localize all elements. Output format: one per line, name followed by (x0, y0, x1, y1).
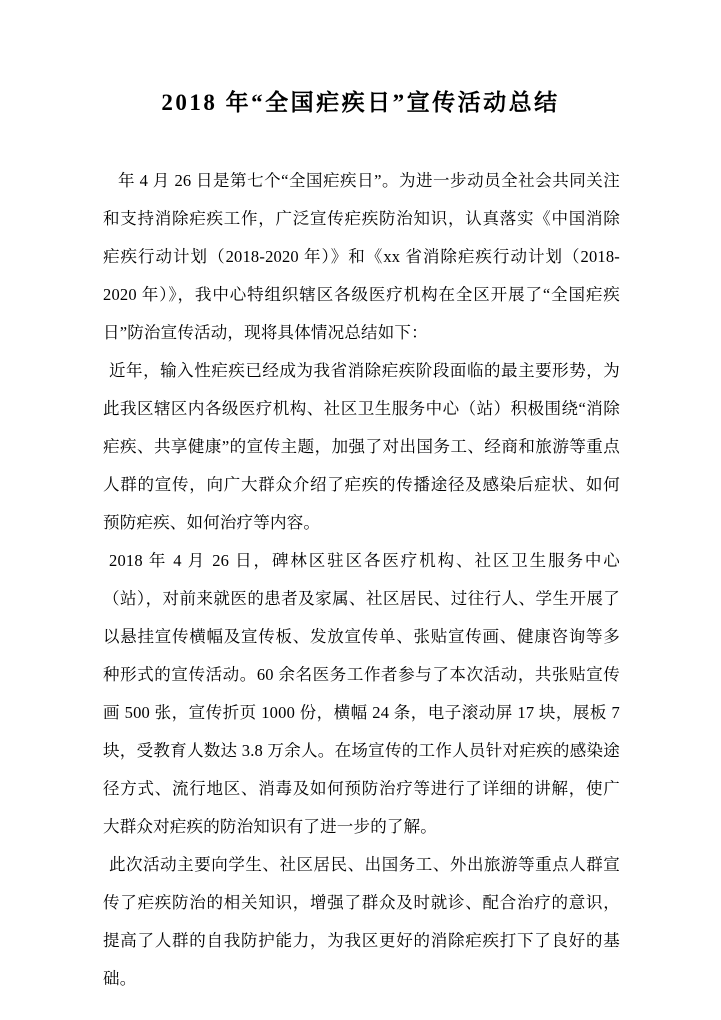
document-body: 年 4 月 26 日是第七个“全国疟疾日”。为进一步动员全社会共同关注和支持消除… (103, 162, 620, 998)
paragraph-intro: 年 4 月 26 日是第七个“全国疟疾日”。为进一步动员全社会共同关注和支持消除… (103, 162, 620, 352)
paragraph-background: 近年，输入性疟疾已经成为我省消除疟疾阶段面临的最主要形势，为此我区辖区内各级医疗… (103, 352, 620, 542)
paragraph-conclusion: 此次活动主要向学生、社区居民、出国务工、外出旅游等重点人群宣传了疟疾防治的相关知… (103, 846, 620, 998)
document-page: 2018 年“全国疟疾日”宣传活动总结 年 4 月 26 日是第七个“全国疟疾日… (0, 0, 721, 1020)
paragraph-activity-details: 2018 年 4 月 26 日，碑林区驻区各医疗机构、社区卫生服务中心（站），对… (103, 542, 620, 846)
document-title: 2018 年“全国疟疾日”宣传活动总结 (60, 86, 661, 120)
